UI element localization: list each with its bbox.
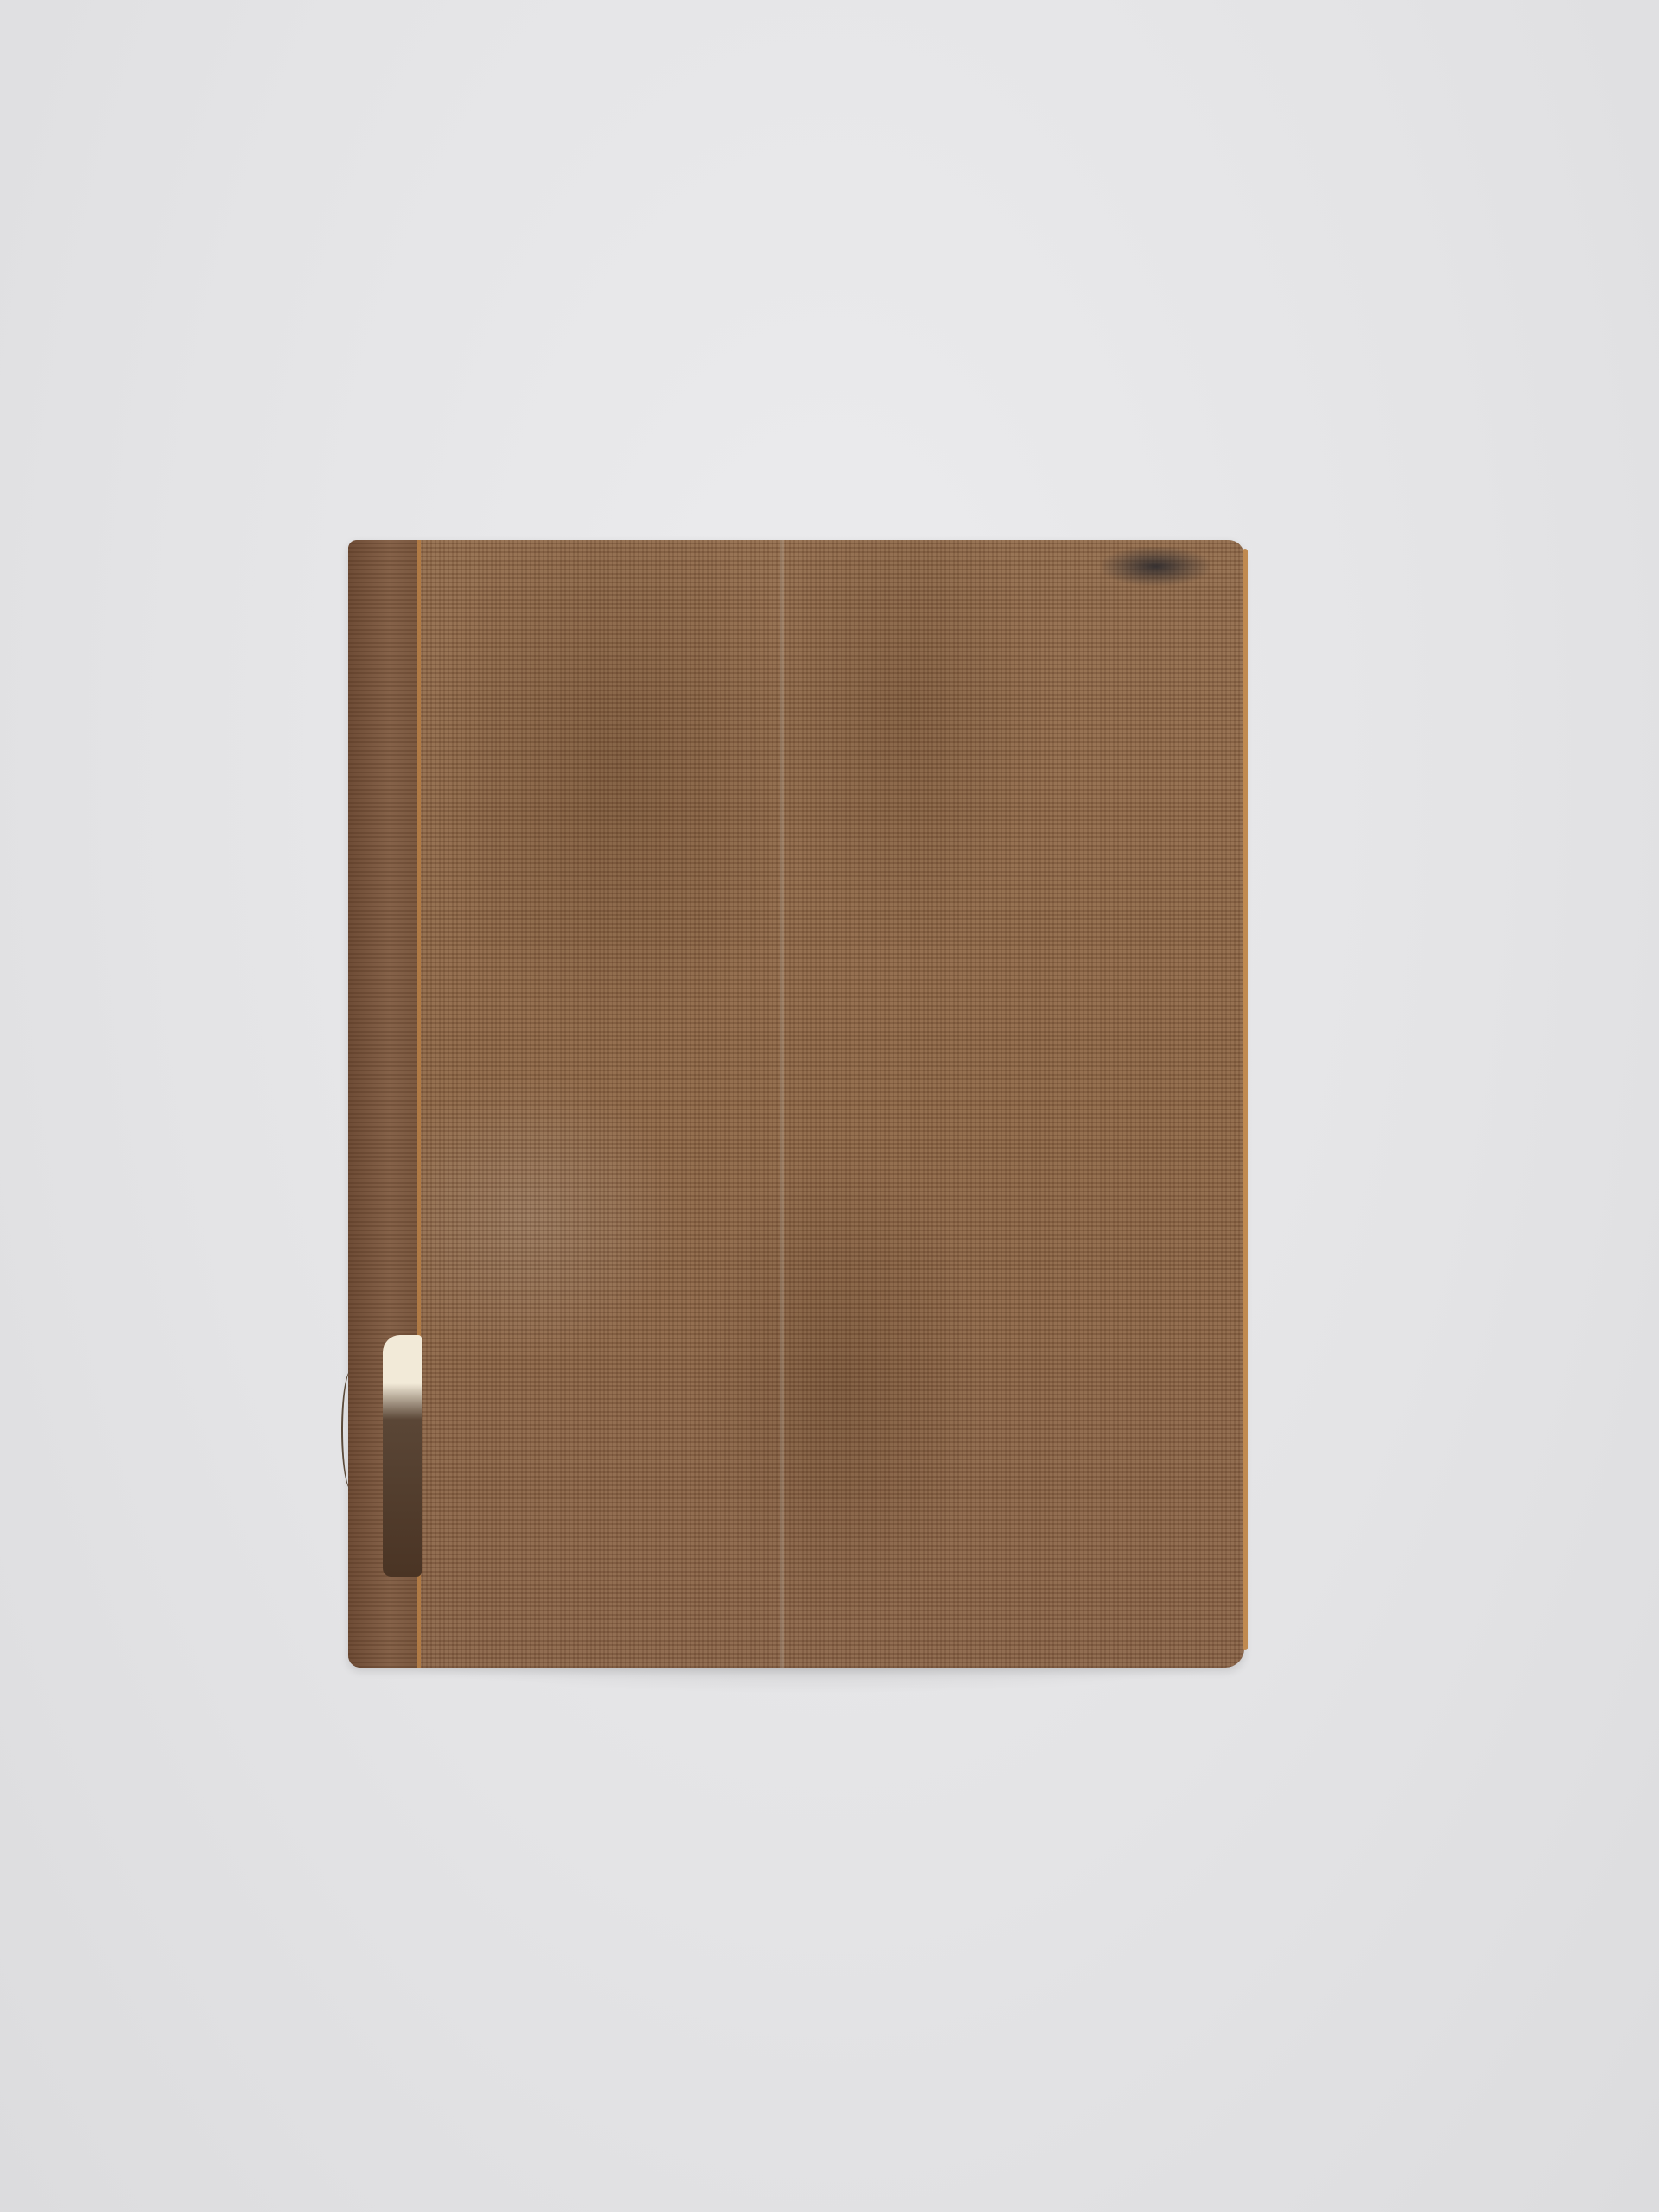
cover-crease [780, 540, 784, 1668]
page-edge [1243, 549, 1248, 1650]
loose-thread [341, 1370, 362, 1491]
photo-scene [0, 0, 1659, 2212]
spine-tear [383, 1335, 422, 1577]
book-cover [348, 540, 1244, 1668]
corner-stain [1102, 547, 1210, 586]
